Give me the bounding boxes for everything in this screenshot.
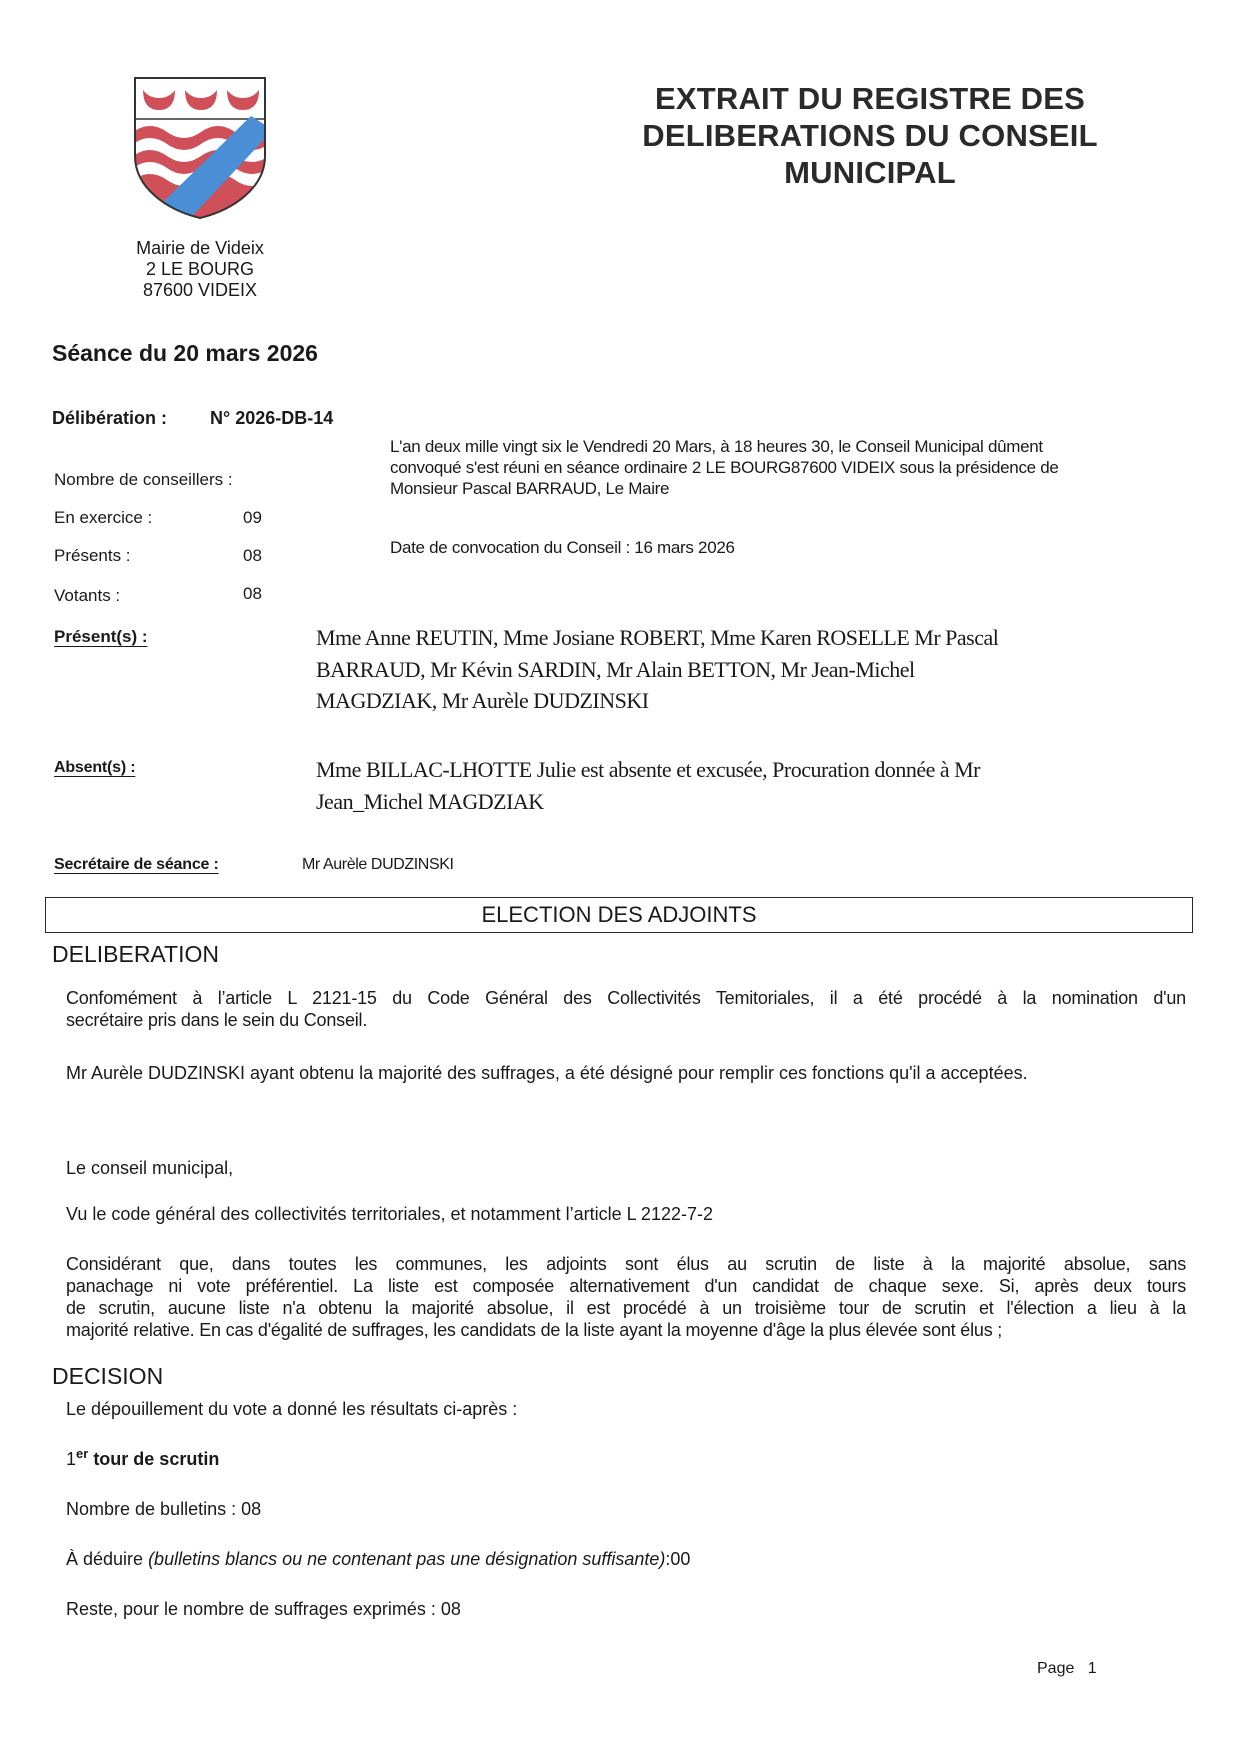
count-label-en-exercice: En exercice : <box>54 508 152 528</box>
document-title: EXTRAIT DU REGISTRE DES DELIBERATIONS DU… <box>610 80 1130 191</box>
address-line: Mairie de Videix <box>118 238 282 259</box>
paragraph-line: Considérant que, dans toutes les commune… <box>66 1253 1186 1275</box>
counts-heading: Nombre de conseillers : <box>54 470 233 490</box>
bulletins-deduire: À déduire (bulletins blancs ou ne conten… <box>66 1548 690 1570</box>
address-line: 87600 VIDEIX <box>118 280 282 301</box>
paragraph-line: panachage ni vote préférentiel. La liste… <box>66 1275 1186 1297</box>
paragraph-line: de scrutin, aucune liste n'a obtenu la m… <box>66 1297 1186 1319</box>
tour-ordinal: er <box>76 1446 88 1461</box>
decision-intro: Le dépouillement du vote a donné les rés… <box>66 1398 517 1420</box>
paragraph-line: Confomément à l’article L 2121-15 du Cod… <box>66 987 1186 1009</box>
paragraph-article-l2121-15: Confomément à l’article L 2121-15 du Cod… <box>66 987 1186 1031</box>
convocation-date: Date de convocation du Conseil : 16 mars… <box>390 538 735 558</box>
absents-line: Mme BILLAC-LHOTTE Julie est absente et e… <box>316 754 1176 786</box>
presents-list: Mme Anne REUTIN, Mme Josiane ROBERT, Mme… <box>316 622 1176 717</box>
bulletins-count: Nombre de bulletins : 08 <box>66 1498 261 1520</box>
presents-label: Présent(s) : <box>54 627 148 647</box>
presents-line: BARRAUD, Mr Kévin SARDIN, Mr Alain BETTO… <box>316 654 1176 686</box>
absents-list: Mme BILLAC-LHOTTE Julie est absente et e… <box>316 754 1176 817</box>
deliberation-heading: DELIBERATION <box>52 941 219 968</box>
page-number: Page 1 <box>1037 1660 1097 1678</box>
seance-date: Séance du 20 mars 2026 <box>52 340 318 367</box>
secretaire-name: Mr Aurèle DUDZINSKI <box>302 856 454 874</box>
coat-of-arms-icon <box>133 76 267 220</box>
intro-line: Monsieur Pascal BARRAUD, Le Maire <box>390 478 1190 499</box>
count-value-en-exercice: 09 <box>243 508 262 528</box>
paragraph-secretaire-designe: Mr Aurèle DUDZINSKI ayant obtenu la majo… <box>66 1062 1028 1084</box>
session-intro: L'an deux mille vingt six le Vendredi 20… <box>390 436 1190 499</box>
presents-line: MAGDZIAK, Mr Aurèle DUDZINSKI <box>316 685 1176 717</box>
paragraph-line: secrétaire pris dans le sein du Conseil. <box>66 1009 1186 1031</box>
deduire-value: :00 <box>665 1549 690 1569</box>
title-line: DELIBERATIONS DU CONSEIL <box>610 117 1130 154</box>
deduire-label: À déduire <box>66 1549 148 1569</box>
absents-label: Absent(s) : <box>54 759 135 777</box>
tour-label: tour de scrutin <box>88 1449 219 1469</box>
intro-line: L'an deux mille vingt six le Vendredi 20… <box>390 436 1190 457</box>
absents-line: Jean_Michel MAGDZIAK <box>316 786 1176 818</box>
paragraph-vu-le-code: Vu le code général des collectivités ter… <box>66 1203 713 1225</box>
deduire-note: (bulletins blancs ou ne contenant pas un… <box>148 1549 665 1569</box>
count-value-votants: 08 <box>243 584 262 604</box>
count-label-presents: Présents : <box>54 546 131 566</box>
paragraph-line: majorité relative. En cas d'égalité de s… <box>66 1319 1186 1341</box>
paragraph-considerant: Considérant que, dans toutes les commune… <box>66 1253 1186 1341</box>
presents-line: Mme Anne REUTIN, Mme Josiane ROBERT, Mme… <box>316 622 1176 654</box>
deliberation-number: N° 2026-DB-14 <box>210 408 333 429</box>
mairie-address: Mairie de Videix 2 LE BOURG 87600 VIDEIX <box>118 238 282 301</box>
tour-heading: 1er tour de scrutin <box>66 1446 219 1470</box>
intro-line: convoqué s'est réuni en séance ordinaire… <box>390 457 1190 478</box>
title-line: MUNICIPAL <box>610 154 1130 191</box>
suffrages-exprimes: Reste, pour le nombre de suffrages expri… <box>66 1598 461 1620</box>
count-value-presents: 08 <box>243 546 262 566</box>
tour-number: 1 <box>66 1449 76 1469</box>
count-label-votants: Votants : <box>54 586 120 606</box>
deliberation-label: Délibération : <box>52 408 167 429</box>
paragraph-conseil: Le conseil municipal, <box>66 1157 233 1179</box>
decision-heading: DECISION <box>52 1363 163 1390</box>
title-line: EXTRAIT DU REGISTRE DES <box>610 80 1130 117</box>
address-line: 2 LE BOURG <box>118 259 282 280</box>
subject-title: ELECTION DES ADJOINTS <box>45 902 1193 928</box>
secretaire-label: Secrétaire de séance : <box>54 856 219 874</box>
